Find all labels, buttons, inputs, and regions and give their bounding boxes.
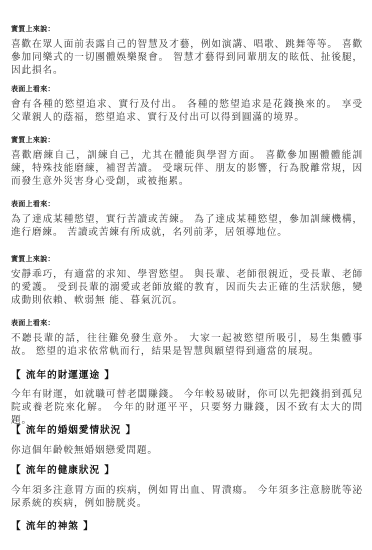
section-label-actual-3: 實質上來說： <box>11 254 363 263</box>
text-health: 今年須多注意胃方面的疾病，例如胃出血、胃潰瘍。 今年須多注意膀胱等泌尿系統的疾病… <box>11 484 363 510</box>
section-label-actual-1: 實質上來說： <box>11 24 363 33</box>
section-label-surface-2: 表面上看來： <box>11 199 363 208</box>
heading-marriage: 【 流年的婚姻愛情狀況 】 <box>11 424 363 437</box>
section-text-surface-3: 不聽長輩的話，往往難免發生意外。 大家一起被慾望所吸引，易生集體事故。 慾望的追… <box>11 332 363 358</box>
section-label-actual-2: 實質上來說： <box>11 135 363 144</box>
section-text-surface-2: 為了達成某種慾望，實行苦讀或苦練。 為了達成某種慾望，參加訓練機構，進行磨練。 … <box>11 213 363 239</box>
section-label-surface-3: 表面上看來： <box>11 318 363 327</box>
section-text-actual-3: 安靜乖巧，有適當的求知、學習慾望。 與長輩、老師很親近，受長輩、老師的愛護。 受… <box>11 268 363 307</box>
heading-health: 【 流年的健康狀況 】 <box>11 464 363 477</box>
text-wealth: 今年有財運，如就職可替老闆賺錢。 今年較易破財，你可以先把錢捐到孤兒院或養老院來… <box>11 388 363 427</box>
text-marriage: 你這個年齡較無婚姻戀愛問題。 <box>11 444 363 457</box>
document-page: 實質上來說： 喜歡在眾人面前表露自己的智慧及才藝，例如演講、唱歌、跳舞等等。 喜… <box>0 0 372 550</box>
section-text-actual-2: 喜歡磨練自己，訓練自己，尤其在體能與學習方面。 喜歡參加團體體能訓練，特殊技能磨… <box>11 149 363 188</box>
heading-spirits: 【 流年的神煞 】 <box>11 520 363 533</box>
section-label-surface-1: 表面上看來： <box>11 84 363 93</box>
section-text-surface-1: 會有各種的慾望追求、實行及付出。 各種的慾望追求是花錢換來的。 享受父輩親人的蔭… <box>11 98 363 124</box>
heading-wealth: 【 流年的財運運途 】 <box>11 369 363 382</box>
section-text-actual-1: 喜歡在眾人面前表露自己的智慧及才藝，例如演講、唱歌、跳舞等等。 喜歡參加同樂式的… <box>11 38 363 77</box>
